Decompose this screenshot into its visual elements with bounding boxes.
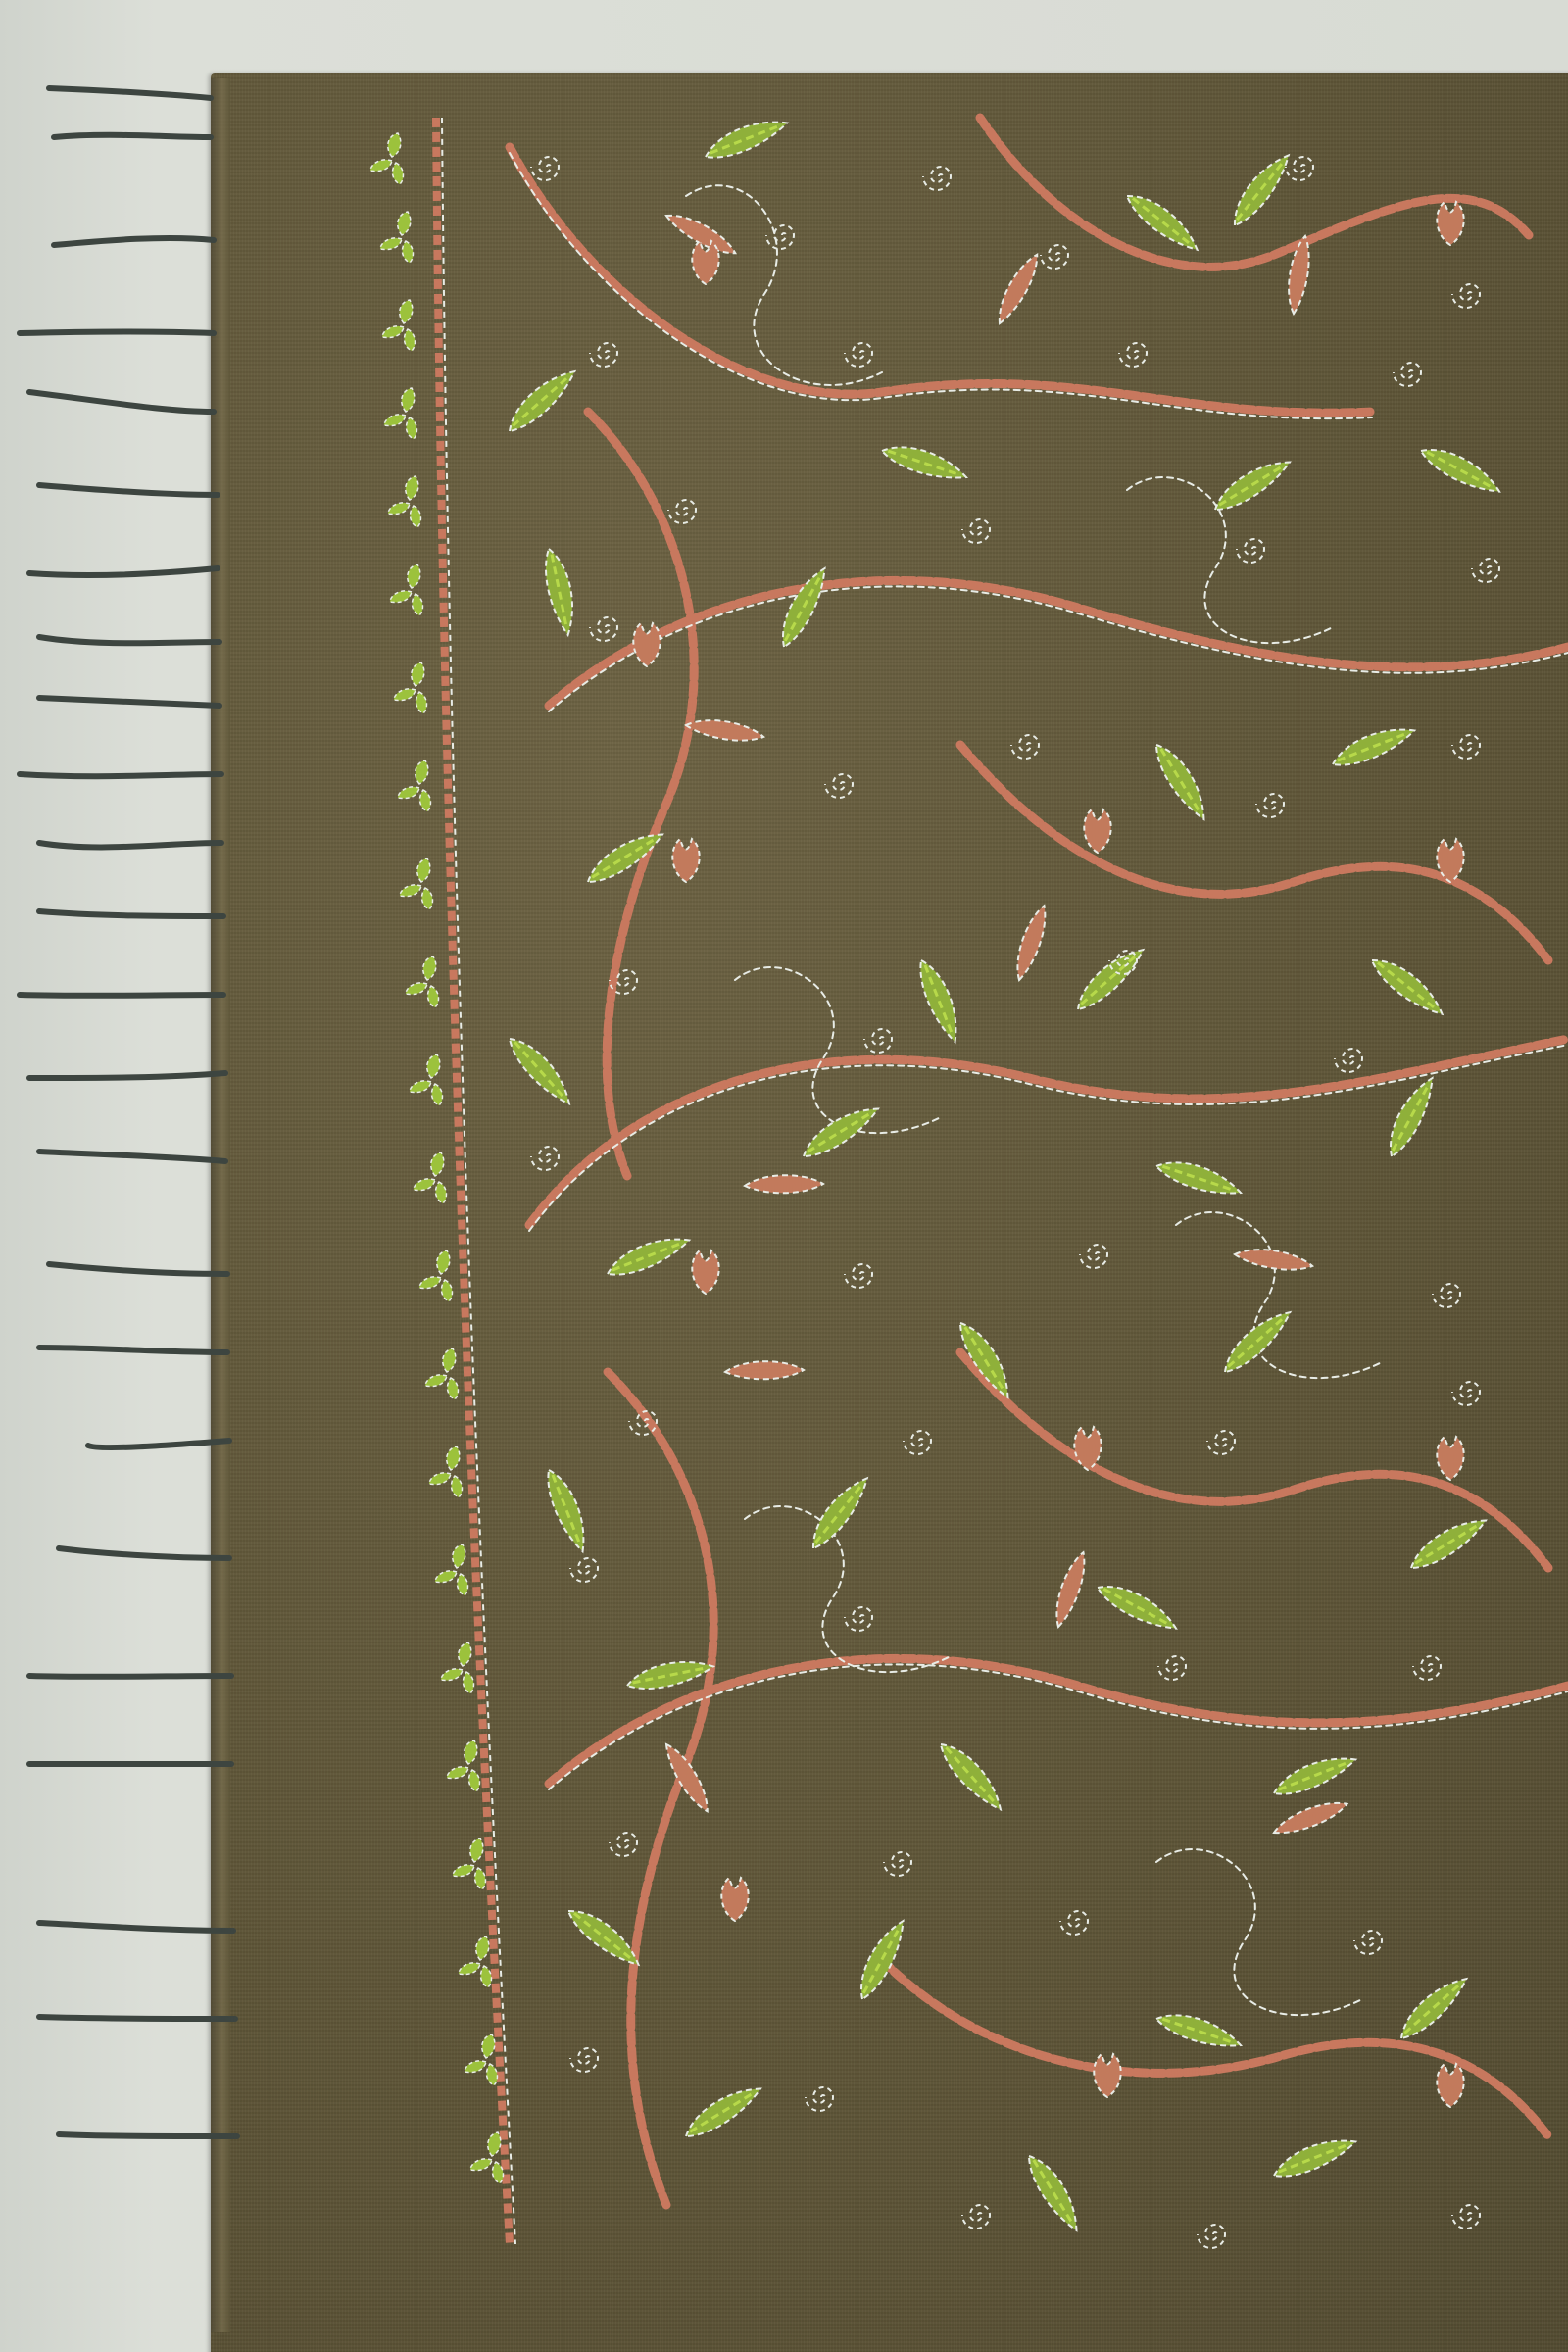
fringe-tassels (20, 88, 237, 2136)
embroidered-leaves (500, 113, 1504, 2236)
tulip-buds (633, 202, 1463, 2107)
embroidery-artwork (0, 0, 1568, 2352)
main-vines (510, 118, 1568, 2205)
spiral-tendrils (531, 157, 1499, 2248)
coral-leaves (661, 207, 1350, 1839)
border-vine (370, 118, 515, 2244)
